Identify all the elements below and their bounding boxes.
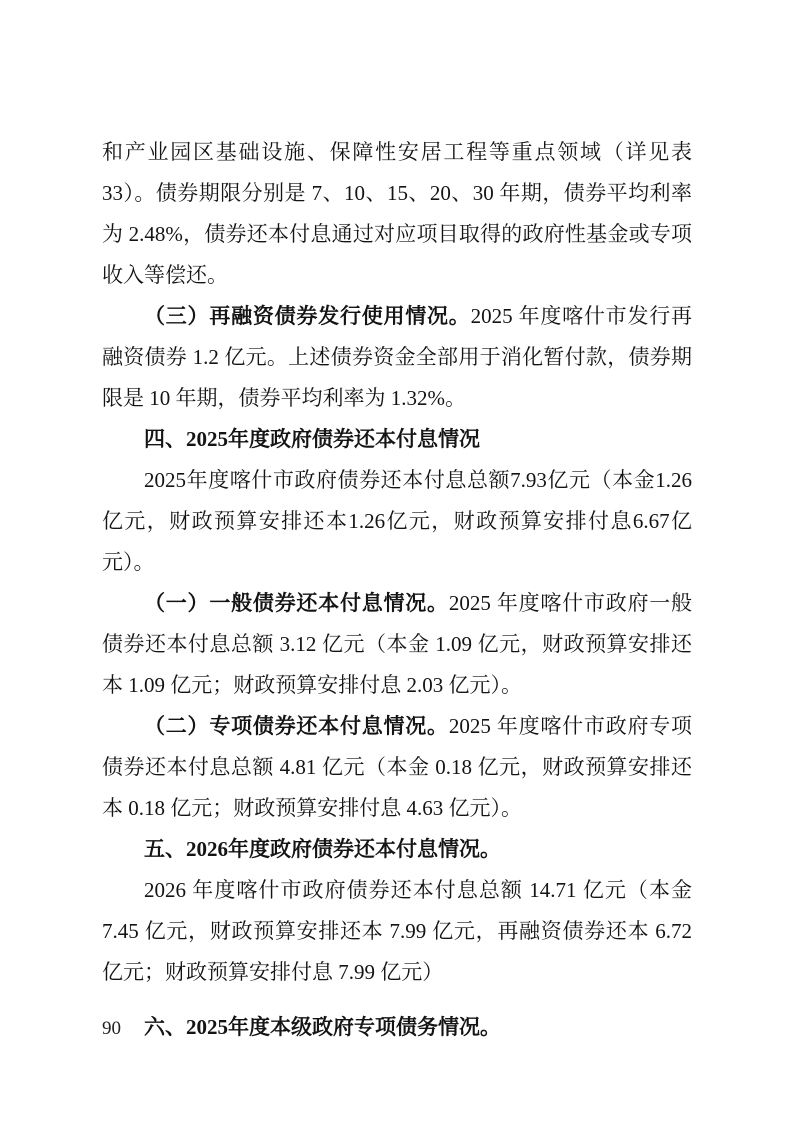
- section-heading-4: 四、2025年度政府债券还本付息情况: [102, 419, 692, 460]
- paragraph-general-bonds-debt-service: （一）一般债券还本付息情况。2025 年度喀什市政府一般债券还本付息总额 3.1…: [102, 583, 692, 706]
- paragraph-text: 和产业园区基础设施、保障性安居工程等重点领域（详见表 33）。债券期限分别是 7…: [102, 140, 692, 287]
- run-in-heading: （三）再融资债券发行使用情况。: [144, 304, 471, 328]
- paragraph-2025-debt-service-total: 2025年度喀什市政府债券还本付息总额7.93亿元（本金1.26亿元，财政预算安…: [102, 460, 692, 583]
- section-heading-5: 五、2026年度政府债券还本付息情况。: [102, 829, 692, 870]
- section-heading-6: 六、2025年度本级政府专项债务情况。: [102, 1007, 692, 1048]
- document-page: 和产业园区基础设施、保障性安居工程等重点领域（详见表 33）。债券期限分别是 7…: [0, 0, 793, 1122]
- paragraph-bond-use-continuation: 和产业园区基础设施、保障性安居工程等重点领域（详见表 33）。债券期限分别是 7…: [102, 132, 692, 296]
- paragraph-text: 2025年度喀什市政府债券还本付息总额7.93亿元（本金1.26亿元，财政预算安…: [102, 468, 692, 574]
- paragraph-special-bonds-debt-service: （二）专项债券还本付息情况。2025 年度喀什市政府专项债券还本付息总额 4.8…: [102, 706, 692, 829]
- paragraph-refinancing-bonds: （三）再融资债券发行使用情况。2025 年度喀什市发行再融资债券 1.2 亿元。…: [102, 296, 692, 419]
- run-in-heading: （一）一般债券还本付息情况。: [144, 591, 449, 615]
- paragraph-text: 2026 年度喀什市政府债券还本付息总额 14.71 亿元（本金 7.45 亿元…: [102, 878, 692, 984]
- paragraph-2026-debt-service-total: 2026 年度喀什市政府债券还本付息总额 14.71 亿元（本金 7.45 亿元…: [102, 870, 692, 993]
- page-number: 90: [102, 1014, 121, 1044]
- document-body: 和产业园区基础设施、保障性安居工程等重点领域（详见表 33）。债券期限分别是 7…: [102, 132, 692, 1048]
- run-in-heading: （二）专项债券还本付息情况。: [144, 714, 449, 738]
